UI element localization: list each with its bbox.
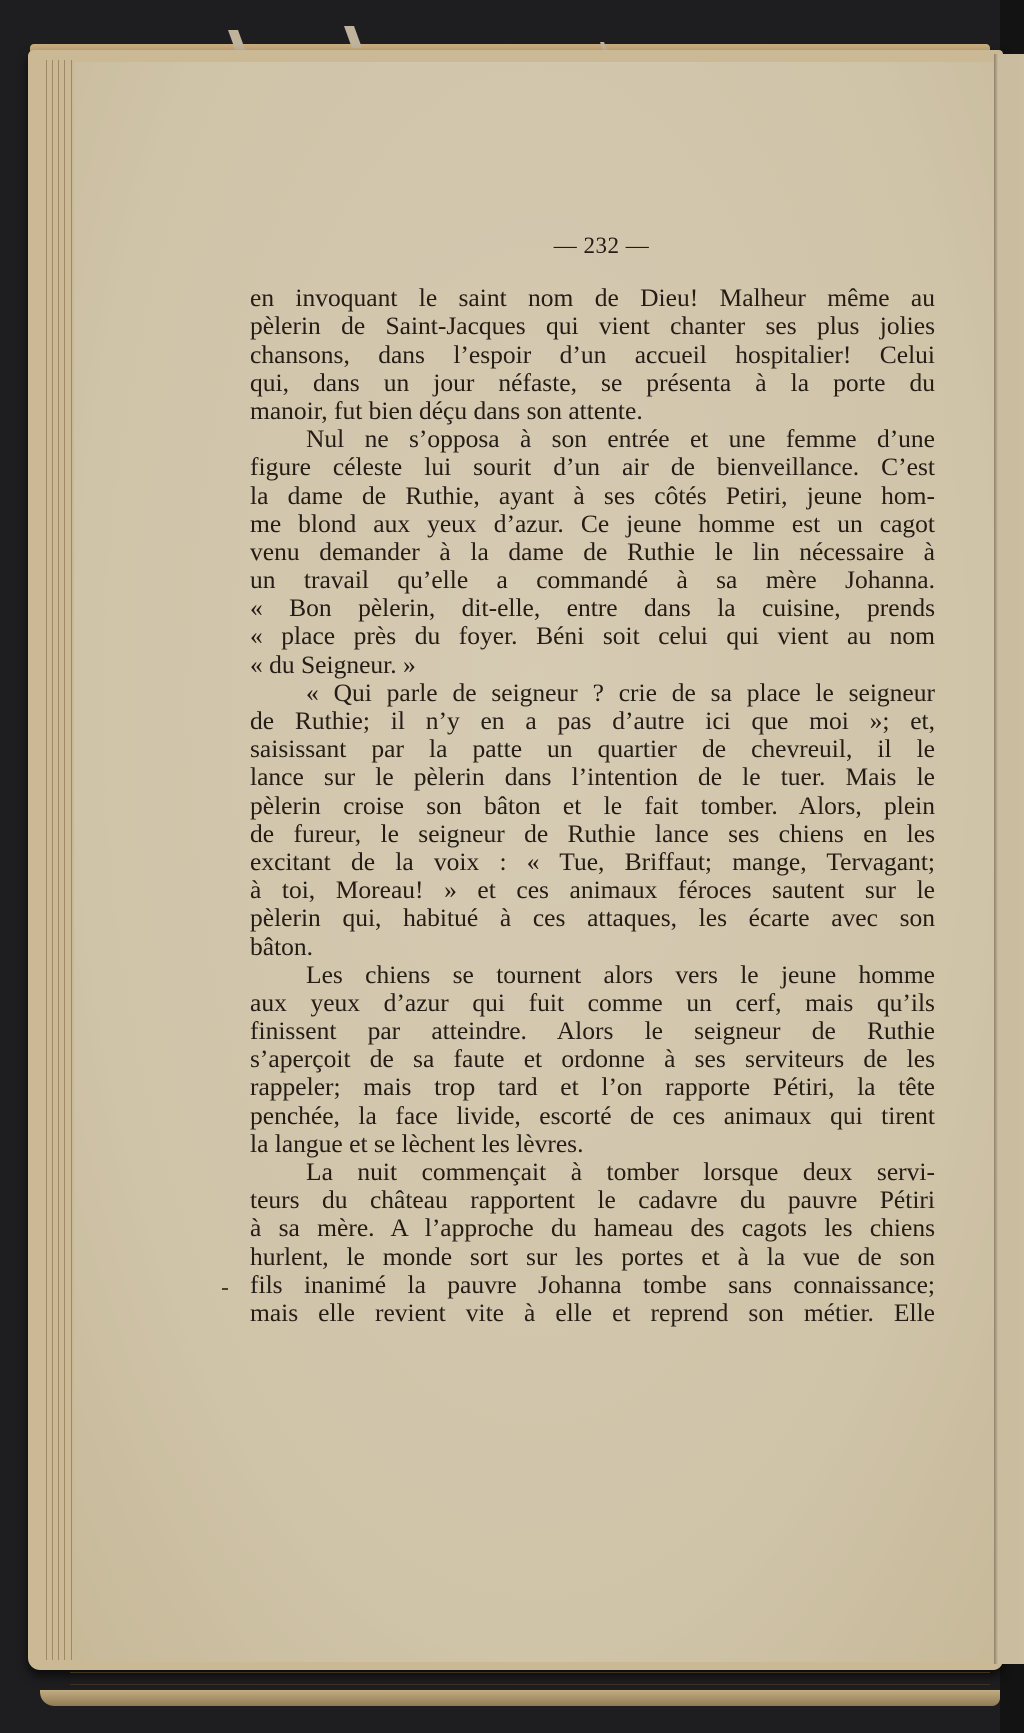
text-line: pèlerin croise son bâton et le fait tomb… [250, 792, 935, 820]
text-line: penchée, la face livide, escorté de ces … [250, 1102, 935, 1130]
text-line: la dame de Ruthie, ayant à ses côtés Pet… [250, 482, 935, 510]
text-line: rappeler; mais trop tard et l’on rapport… [250, 1073, 935, 1101]
text-line: de fureur, le seigneur de Ruthie lance s… [250, 820, 935, 848]
text-line: « du Seigneur. » [250, 651, 935, 679]
text-line: venu demander à la dame de Ruthie le lin… [250, 538, 935, 566]
text-line: lance sur le pèlerin dans l’intention de… [250, 763, 935, 791]
body-text: en invoquant le saint nom de Dieu! Malhe… [250, 284, 935, 1327]
text-line: me blond aux yeux d’azur. Ce jeune homme… [250, 510, 935, 538]
text-line: bâton. [250, 933, 935, 961]
text-line: en invoquant le saint nom de Dieu! Malhe… [250, 284, 935, 312]
text-line: « place près du foyer. Béni soit celui q… [250, 622, 935, 650]
text-line: teurs du château rapportent le cadavre d… [250, 1186, 935, 1214]
margin-mark [222, 1288, 228, 1290]
text-line: saisissant par la patte un quartier de c… [250, 735, 935, 763]
text-line: aux yeux d’azur qui fuit comme un cerf, … [250, 989, 935, 1017]
page-number: — 232 — [250, 232, 935, 260]
text-line: manoir, fut bien déçu dans son attente. [250, 397, 935, 425]
text-line: fils inanimé la pauvre Johanna tombe san… [250, 1271, 935, 1299]
text-line: Les chiens se tournent alors vers le jeu… [250, 961, 935, 989]
page-bottom-edge [40, 1690, 1000, 1706]
text-line: s’aperçoit de sa faute et ordonne à ses … [250, 1045, 935, 1073]
text-line: La nuit commençait à tomber lorsque deux… [250, 1158, 935, 1186]
text-line: qui, dans un jour néfaste, se présenta à… [250, 369, 935, 397]
page-text-block: — 232 — en invoquant le saint nom de Die… [250, 232, 935, 1327]
text-line: pèlerin de Saint-Jacques qui vient chant… [250, 312, 935, 340]
text-line: de Ruthie; il n’y en a pas d’autre ici q… [250, 707, 935, 735]
text-line: « Qui parle de seigneur ? crie de sa pla… [250, 679, 935, 707]
text-line: chansons, dans l’espoir d’un accueil hos… [250, 341, 935, 369]
page-leaf-edges [44, 60, 74, 1660]
text-line: excitant de la voix : « Tue, Briffaut; m… [250, 848, 935, 876]
text-line: mais elle revient vite à elle et reprend… [250, 1299, 935, 1327]
text-line: un travail qu’elle a commandé à sa mère … [250, 566, 935, 594]
facing-page-edge [994, 54, 1024, 1664]
text-line: la langue et se lèchent les lèvres. [250, 1130, 935, 1158]
text-line: « Bon pèlerin, dit-elle, entre dans la c… [250, 594, 935, 622]
text-line: à sa mère. A l’approche du hameau des ca… [250, 1214, 935, 1242]
text-line: pèlerin qui, habitué à ces attaques, les… [250, 904, 935, 932]
text-line: Nul ne s’opposa à son entrée et une femm… [250, 425, 935, 453]
text-line: finissent par atteindre. Alors le seigne… [250, 1017, 935, 1045]
text-line: hurlent, le monde sort sur les portes et… [250, 1243, 935, 1271]
text-line: figure céleste lui sourit d’un air de bi… [250, 453, 935, 481]
text-line: à toi, Moreau! » et ces animaux féroces … [250, 876, 935, 904]
